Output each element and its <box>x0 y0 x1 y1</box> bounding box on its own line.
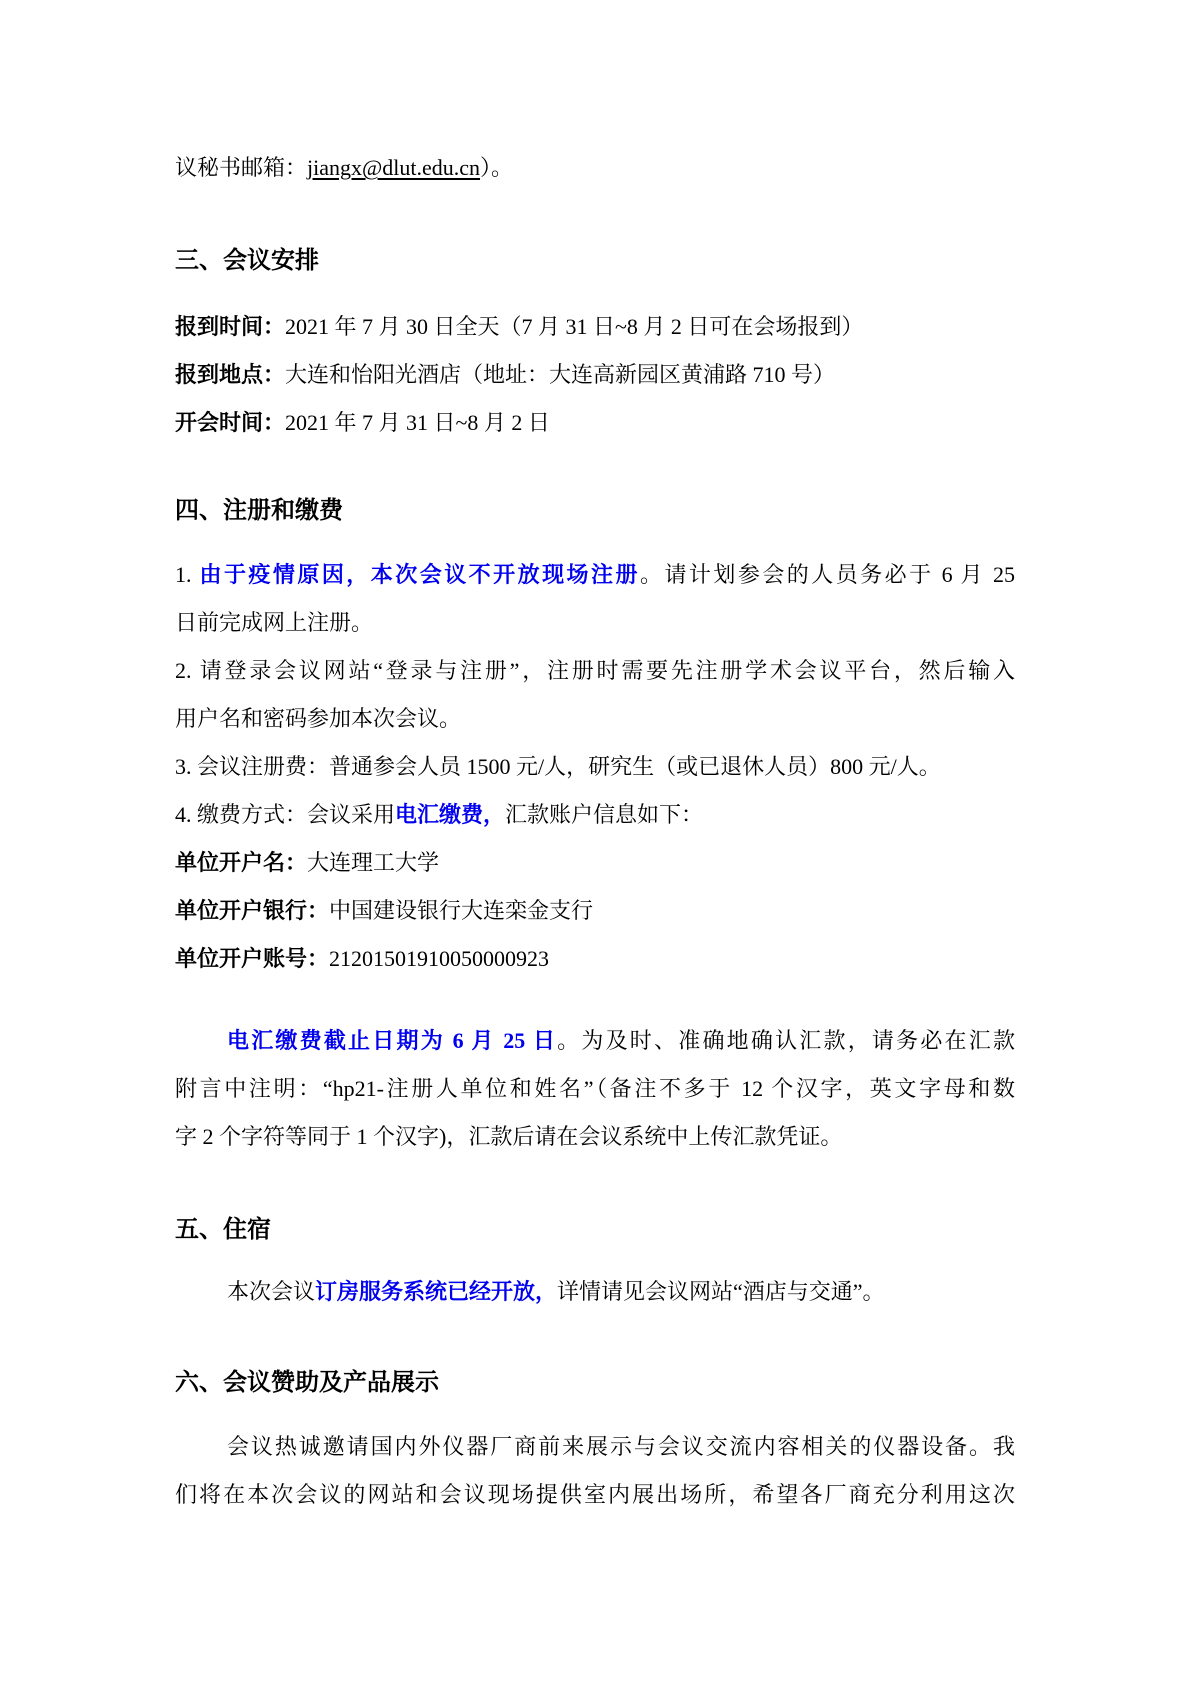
item1-rest: 。请计划参会的人员务必于 6 月 25 <box>640 562 1015 587</box>
bank-name-value: 中国建设银行大连栾金支行 <box>329 898 593 923</box>
accommodation-line: 本次会议订房服务系统已经开放，详情请见会议网站“酒店与交通”。 <box>175 1268 1015 1316</box>
deadline-line2: 附言中注明：“hp21-注册人单位和姓名”（备注不多于 12 个汉字，英文字母和… <box>175 1065 1015 1113</box>
item1-highlight: 由于疫情原因，本次会议不开放现场注册 <box>199 562 639 587</box>
arrival-time-value: 2021 年 7 月 30 日全天（7 月 31 日~8 月 2 日可在会场报到… <box>285 314 863 339</box>
meeting-time-label: 开会时间： <box>175 410 285 435</box>
bank-account-name-value: 大连理工大学 <box>307 850 439 875</box>
section6-heading: 六、会议赞助及产品展示 <box>175 1359 1015 1407</box>
deadline-line1-rest: 。为及时、准确地确认汇款，请务必在汇款 <box>557 1028 1015 1053</box>
intro-line: 议秘书邮箱：jiangx@dlut.edu.cn）。 <box>175 144 1015 192</box>
deadline-line1: 电汇缴费截止日期为 6 月 25 日。为及时、准确地确认汇款，请务必在汇款 <box>175 1017 1015 1065</box>
registration-item2-line2: 用户名和密码参加本次会议。 <box>175 695 1015 743</box>
registration-item3-line: 3. 会议注册费：普通参会人员 1500 元/人，研究生（或已退休人员）800 … <box>175 743 1015 791</box>
registration-item1-line2: 日前完成网上注册。 <box>175 599 1015 647</box>
bank-account-number-value: 21201501910050000923 <box>329 946 549 971</box>
bank-name-line: 单位开户银行：中国建设银行大连栾金支行 <box>175 887 1015 935</box>
section3-heading: 三、会议安排 <box>175 237 1015 285</box>
bank-account-name-label: 单位开户名： <box>175 850 307 875</box>
registration-item1-line1: 1. 由于疫情原因，本次会议不开放现场注册。请计划参会的人员务必于 6 月 25 <box>175 551 1015 599</box>
deadline-line3: 字 2 个字符等同于 1 个汉字)，汇款后请在会议系统中上传汇款凭证。 <box>175 1113 1015 1161</box>
item4-highlight: 电汇缴费， <box>395 802 505 827</box>
bank-name-label: 单位开户银行： <box>175 898 329 923</box>
item4-suffix: 汇款账户信息如下： <box>505 802 703 827</box>
bank-account-number-label: 单位开户账号： <box>175 946 329 971</box>
section4-heading: 四、注册和缴费 <box>175 487 1015 535</box>
accommodation-highlight: 订房服务系统已经开放， <box>315 1279 557 1304</box>
arrival-time-label: 报到时间： <box>175 314 285 339</box>
section5-heading: 五、住宿 <box>175 1206 1015 1254</box>
intro-suffix: ）。 <box>480 155 513 180</box>
document-page: 议秘书邮箱：jiangx@dlut.edu.cn）。 三、会议安排 报到时间：2… <box>0 0 1190 1684</box>
email-link[interactable]: jiangx@dlut.edu.cn <box>307 155 480 180</box>
arrival-place-line: 报到地点：大连和怡阳光酒店（地址：大连高新园区黄浦路 710 号） <box>175 351 1015 399</box>
meeting-time-line: 开会时间：2021 年 7 月 31 日~8 月 2 日 <box>175 399 1015 447</box>
accommodation-prefix: 本次会议 <box>227 1279 315 1304</box>
item1-number: 1. <box>175 562 199 587</box>
meeting-time-value: 2021 年 7 月 31 日~8 月 2 日 <box>285 410 550 435</box>
sponsor-line1: 会议热诚邀请国内外仪器厂商前来展示与会议交流内容相关的仪器设备。我 <box>175 1423 1015 1471</box>
arrival-time-line: 报到时间：2021 年 7 月 30 日全天（7 月 31 日~8 月 2 日可… <box>175 303 1015 351</box>
deadline-highlight: 电汇缴费截止日期为 6 月 25 日 <box>227 1028 557 1053</box>
registration-item4-line: 4. 缴费方式：会议采用电汇缴费，汇款账户信息如下： <box>175 791 1015 839</box>
accommodation-suffix: 详情请见会议网站“酒店与交通”。 <box>557 1279 885 1304</box>
item4-prefix: 4. 缴费方式：会议采用 <box>175 802 395 827</box>
sponsor-line2: 们将在本次会议的网站和会议现场提供室内展出场所，希望各厂商充分利用这次 <box>175 1471 1015 1519</box>
arrival-place-label: 报到地点： <box>175 362 285 387</box>
bank-account-number-line: 单位开户账号：21201501910050000923 <box>175 935 1015 983</box>
registration-item2-line1: 2. 请登录会议网站“登录与注册”，注册时需要先注册学术会议平台，然后输入 <box>175 647 1015 695</box>
document-content: 议秘书邮箱：jiangx@dlut.edu.cn）。 三、会议安排 报到时间：2… <box>175 144 1015 1519</box>
arrival-place-value: 大连和怡阳光酒店（地址：大连高新园区黄浦路 710 号） <box>285 362 835 387</box>
intro-prefix: 议秘书邮箱： <box>175 155 307 180</box>
bank-account-name-line: 单位开户名：大连理工大学 <box>175 839 1015 887</box>
